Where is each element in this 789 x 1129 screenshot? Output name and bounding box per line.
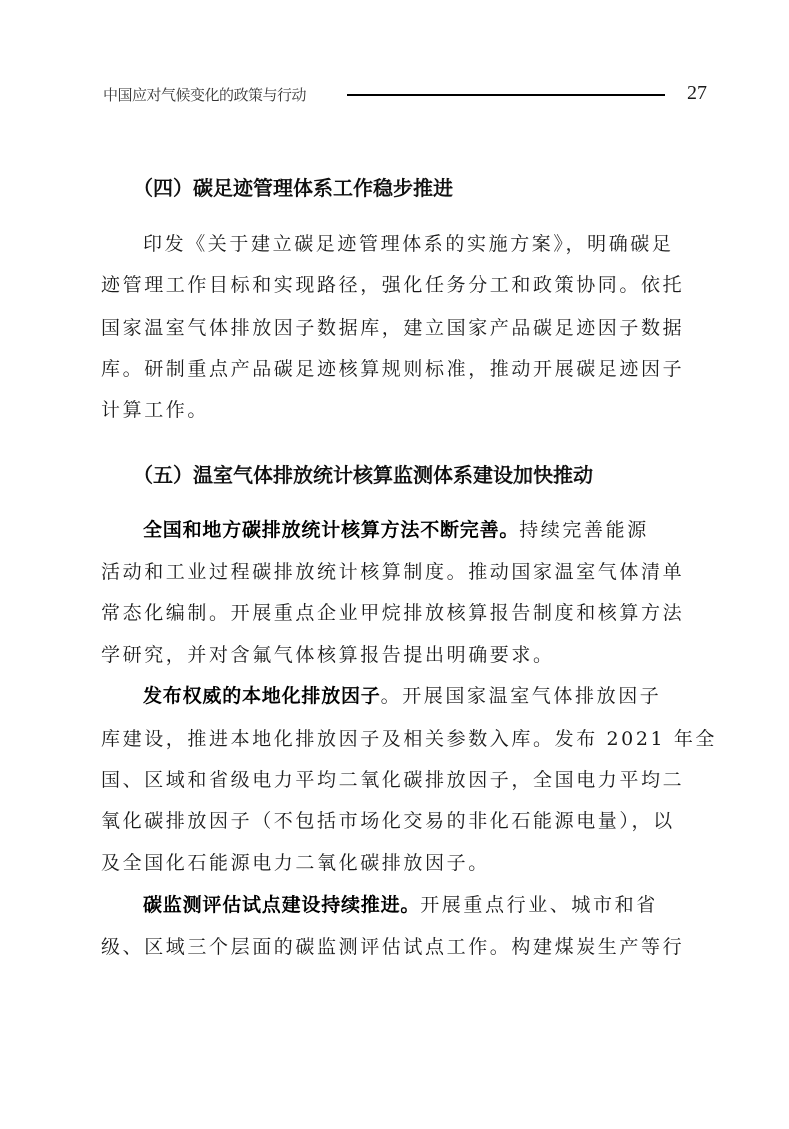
- section-heading-5: （五）温室气体排放统计核算监测体系建设加快推动: [133, 459, 593, 488]
- paragraph-line: 库。研制重点产品碳足迹核算规则标准，推动开展碳足迹因子: [101, 357, 701, 381]
- section-heading-4: （四）碳足迹管理体系工作稳步推进: [133, 172, 453, 201]
- running-title: 中国应对气候变化的政策与行动: [103, 84, 306, 105]
- paragraph-line: 学研究，并对含氟气体核算报告提出明确要求。: [101, 643, 701, 667]
- page-number: 27: [687, 82, 707, 105]
- paragraph-line: 计算工作。: [101, 398, 701, 422]
- paragraph-line: 迹管理工作目标和实现路径，强化任务分工和政策协同。依托: [101, 273, 701, 297]
- paragraph-text: 。开展国家温室气体排放因子: [381, 685, 662, 707]
- paragraph-lead: 碳监测评估试点建设持续推进。: [143, 894, 420, 916]
- paragraph-line: 印发《关于建立碳足迹管理体系的实施方案》，明确碳足: [143, 232, 701, 256]
- header-rule: [347, 94, 665, 96]
- paragraph-line: 常态化编制。开展重点企业甲烷排放核算报告制度和核算方法: [101, 601, 701, 625]
- paragraph-line: 库建设，推进本地化排放因子及相关参数入库。发布 2021 年全: [101, 727, 701, 751]
- paragraph-first-line: 碳监测评估试点建设持续推进。开展重点行业、城市和省: [143, 893, 701, 917]
- paragraph-line: 氧化碳排放因子（不包括市场化交易的非化石能源电量），以: [101, 809, 701, 833]
- paragraph-first-line: 全国和地方碳排放统计核算方法不断完善。持续完善能源: [143, 518, 701, 542]
- page-header: 中国应对气候变化的政策与行动 27: [103, 82, 707, 108]
- paragraph-line: 国、区域和省级电力平均二氧化碳排放因子，全国电力平均二: [101, 768, 701, 792]
- paragraph-line: 活动和工业过程碳排放统计核算制度。推动国家温室气体清单: [101, 560, 701, 584]
- paragraph-lead: 全国和地方碳排放统计核算方法不断完善。: [143, 519, 519, 541]
- paragraph-text: 开展重点行业、城市和省: [420, 894, 658, 916]
- paragraph-line: 及全国化石能源电力二氧化碳排放因子。: [101, 851, 701, 875]
- paragraph-line: 国家温室气体排放因子数据库，建立国家产品碳足迹因子数据: [101, 316, 701, 340]
- paragraph-text: 持续完善能源: [519, 519, 649, 541]
- paragraph-line: 级、区域三个层面的碳监测评估试点工作。构建煤炭生产等行: [101, 935, 701, 959]
- paragraph-lead: 发布权威的本地化排放因子: [143, 685, 381, 707]
- paragraph-first-line: 发布权威的本地化排放因子。开展国家温室气体排放因子: [143, 684, 701, 708]
